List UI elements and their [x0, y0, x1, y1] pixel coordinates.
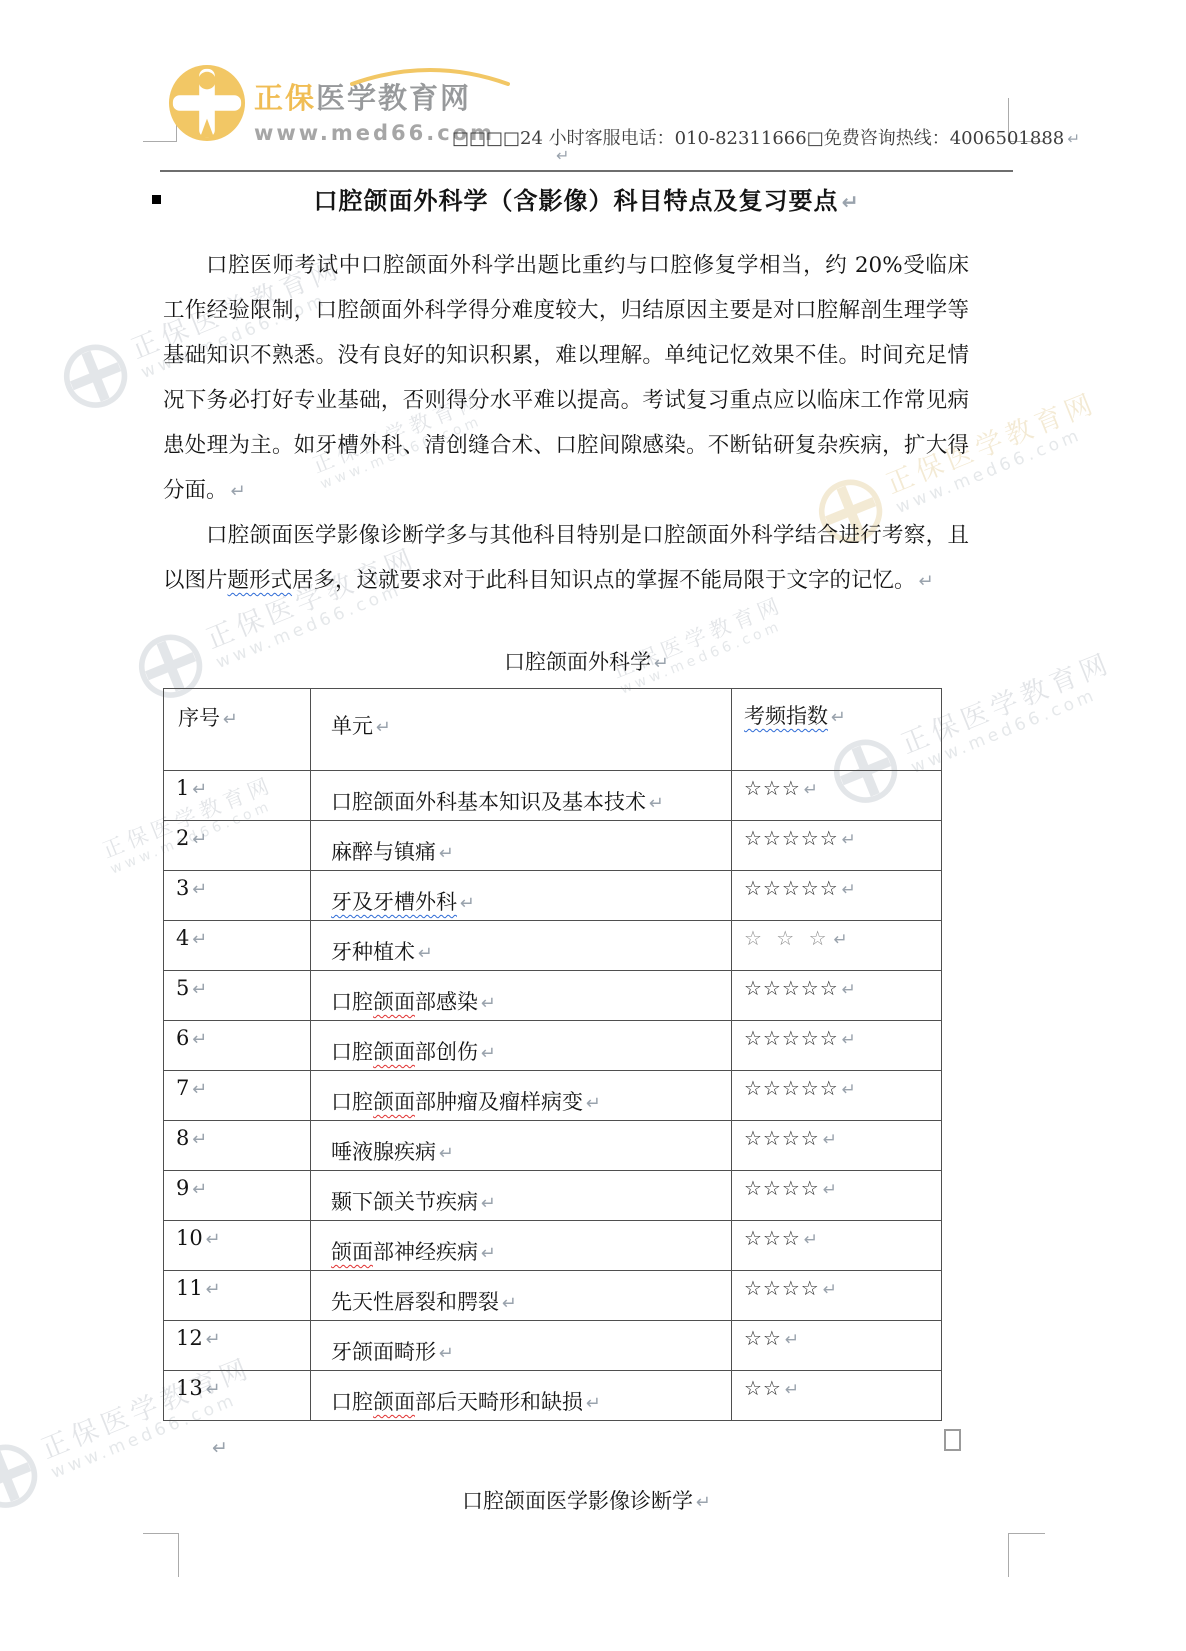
second-table-caption-text: 口腔颌面医学影像诊断学: [462, 1489, 693, 1513]
cell-text: 6: [176, 1026, 189, 1050]
col-header-unit: 单元↵: [311, 689, 732, 771]
cell-number: 4↵: [164, 921, 311, 971]
watermark-logo-icon: [0, 1435, 47, 1518]
paragraph-mark: ↵: [192, 1079, 207, 1100]
cell-unit: 牙种植术↵: [311, 921, 732, 971]
cell-text: 部肿瘤及瘤样病变: [415, 1090, 583, 1114]
cell-text: 5: [176, 976, 189, 1000]
paragraph-mark: ↵: [192, 1129, 207, 1150]
paragraph-mark: ↵: [192, 779, 207, 800]
paragraph-mark: ↵: [823, 1180, 838, 1200]
star-rating: ☆☆☆☆: [744, 1276, 820, 1300]
paragraph-mark: ↵: [785, 1330, 800, 1350]
margin-mark-bottom-left: [143, 1533, 179, 1577]
col-header-text: 单元: [331, 714, 373, 738]
document-page: 正保医学教育网www.med66.com 正保医学教育网www.med66.co…: [0, 0, 1186, 1651]
cell-star-rating: ☆☆☆☆☆↵: [732, 821, 942, 871]
table-row: 4↵ 牙种植术↵ ☆ ☆ ☆↵: [164, 921, 942, 971]
cell-text: 部后天畸形和缺损: [415, 1390, 583, 1414]
paragraph-mark: ↵: [842, 1030, 857, 1050]
star-rating: ☆☆☆☆☆: [744, 876, 839, 900]
star-rating: ☆☆☆☆: [744, 1176, 820, 1200]
cell-unit: 唾液腺疾病↵: [311, 1121, 732, 1171]
paragraph-mark: ↵: [804, 1230, 819, 1250]
paragraph-mark: ↵: [834, 930, 849, 950]
cell-star-rating: ☆☆☆☆☆↵: [732, 1021, 942, 1071]
cell-unit: 口腔颌面部后天畸形和缺损↵: [311, 1371, 732, 1421]
paragraph-mark: ↵: [192, 829, 207, 850]
paragraph-mark: ↵: [223, 709, 238, 730]
paragraph-mark: ↵: [823, 1280, 838, 1300]
cell-number: 7↵: [164, 1071, 311, 1121]
cell-text: 9: [176, 1176, 189, 1200]
cell-text: 部神经疾病: [373, 1240, 478, 1264]
cell-number: 1↵: [164, 771, 311, 821]
table-row: 11↵ 先天性唇裂和腭裂↵ ☆☆☆☆↵: [164, 1271, 942, 1321]
star-rating: ☆ ☆ ☆: [744, 926, 831, 950]
body-paragraph-1: 口腔医师考试中口腔颌面外科学出题比重约与口腔修复学相当，约 20%受临床工作经验…: [163, 243, 969, 514]
col-header-text: 序号: [178, 706, 220, 730]
paragraph-mark: ↵: [418, 943, 433, 964]
cell-star-rating: ☆☆☆☆↵: [732, 1121, 942, 1171]
paragraph-mark: ↵: [785, 1380, 800, 1400]
paragraph-mark: ↵: [439, 1143, 454, 1164]
col-header-number: 序号↵: [164, 689, 311, 771]
paragraph-mark: ↵: [192, 979, 207, 1000]
cell-text: 部感染: [415, 990, 478, 1014]
paragraph-mark: ↵: [439, 843, 454, 864]
cell-text: 先天性唇裂和腭裂: [331, 1290, 499, 1314]
paragraph-mark: ↵: [804, 780, 819, 800]
cell-text: 口腔颌面外科基本知识及基本技术: [331, 790, 646, 814]
table-row: 3↵ 牙及牙槽外科↵ ☆☆☆☆☆↵: [164, 871, 942, 921]
star-rating: ☆☆☆☆: [744, 1126, 820, 1150]
cell-number: 12↵: [164, 1321, 311, 1371]
cell-text: 2: [176, 826, 189, 850]
page-title-text: 口腔颌面外科学（含影像）科目特点及复习要点: [313, 186, 838, 215]
cell-number: 9↵: [164, 1171, 311, 1221]
table-row: 12↵ 牙颌面畸形↵ ☆☆↵: [164, 1321, 942, 1371]
table-row: 1↵ 口腔颌面外科基本知识及基本技术↵ ☆☆☆↵: [164, 771, 942, 821]
paragraph-mark: ↵: [231, 481, 246, 502]
paragraph-mark: ↵: [502, 1293, 517, 1314]
table-row: 13↵ 口腔颌面部后天畸形和缺损↵ ☆☆↵: [164, 1371, 942, 1421]
cell-text: 4: [176, 926, 189, 950]
paragraph-mark: ↵: [586, 1393, 601, 1414]
cell-unit: 口腔颌面部感染↵: [311, 971, 732, 1021]
cell-text: 10: [176, 1226, 203, 1250]
cell-text: 12: [176, 1326, 203, 1350]
cell-number: 3↵: [164, 871, 311, 921]
cell-star-rating: ☆☆☆↵: [732, 1221, 942, 1271]
brand-name-secondary: 医学教育网: [316, 81, 471, 115]
cell-text: 颞下颌关节疾病: [331, 1190, 478, 1214]
paragraph-mark: ↵: [439, 1343, 454, 1364]
cell-text: 11: [176, 1276, 203, 1300]
table-resize-handle[interactable]: [944, 1429, 961, 1451]
cell-number: 8↵: [164, 1121, 311, 1171]
cell-star-rating: ☆☆☆☆☆↵: [732, 871, 942, 921]
brand-name-primary: 正保: [254, 81, 316, 115]
cell-star-rating: ☆☆☆☆↵: [732, 1271, 942, 1321]
table-row: 2↵ 麻醉与镇痛↵ ☆☆☆☆☆↵: [164, 821, 942, 871]
cell-text: 8: [176, 1126, 189, 1150]
cell-number: 5↵: [164, 971, 311, 1021]
cell-number: 2↵: [164, 821, 311, 871]
cell-star-rating: ☆☆☆↵: [732, 771, 942, 821]
cell-star-rating: ☆☆↵: [732, 1371, 942, 1421]
paragraph-mark: ↵: [206, 1379, 221, 1400]
paragraph-mark: ↵: [481, 1193, 496, 1214]
paragraph-text: 居多，这就要求对于此科目知识点的掌握不能局限于文字的记忆。: [292, 568, 916, 593]
paragraph-mark: ↵: [649, 793, 664, 814]
star-rating: ☆☆☆☆☆: [744, 826, 839, 850]
cell-star-rating: ☆☆☆☆☆↵: [732, 1071, 942, 1121]
star-rating: ☆☆: [744, 1376, 782, 1400]
cell-unit: 口腔颌面部创伤↵: [311, 1021, 732, 1071]
paragraph-mark: ↵: [192, 879, 207, 900]
paragraph-mark: ↵: [831, 707, 846, 728]
frequency-index-table: 序号↵ 单元↵ 考频指数↵ 1↵ 口腔颌面外科基本知识及基本技术↵ ☆☆☆↵ 2…: [163, 688, 942, 1421]
cell-text: 13: [176, 1376, 203, 1400]
cell-unit: 颌面部神经疾病↵: [311, 1221, 732, 1271]
star-rating: ☆☆☆☆☆: [744, 1026, 839, 1050]
second-table-caption: 口腔颌面医学影像诊断学↵: [160, 1485, 1013, 1515]
star-rating: ☆☆: [744, 1326, 782, 1350]
cell-text: 口腔: [331, 1040, 373, 1064]
spellcheck-flagged-text: 颌面: [373, 990, 415, 1014]
cell-unit: 麻醉与镇痛↵: [311, 821, 732, 871]
page-title: 口腔颌面外科学（含影像）科目特点及复习要点↵: [160, 181, 1013, 216]
spellcheck-flagged-text: 题形式: [228, 568, 293, 593]
body-paragraph-2: 口腔颌面医学影像诊断学多与其他科目特别是口腔颌面外科学结合进行考察，且以图片题形…: [163, 513, 969, 604]
cell-unit: 牙及牙槽外科↵: [311, 871, 732, 921]
cell-unit: 先天性唇裂和腭裂↵: [311, 1271, 732, 1321]
paragraph-mark: ↵: [481, 1043, 496, 1064]
cell-star-rating: ☆ ☆ ☆↵: [732, 921, 942, 971]
paragraph-mark: ↵: [460, 893, 475, 914]
spellcheck-flagged-text: 颌面: [373, 1090, 415, 1114]
paragraph-mark: ↵: [192, 1029, 207, 1050]
table-row: 7↵ 口腔颌面部肿瘤及瘤样病变↵ ☆☆☆☆☆↵: [164, 1071, 942, 1121]
table-header-row: 序号↵ 单元↵ 考频指数↵: [164, 689, 942, 771]
paragraph-mark: ↵: [481, 1243, 496, 1264]
cell-unit: 牙颌面畸形↵: [311, 1321, 732, 1371]
col-header-text: 考频指数: [744, 704, 828, 728]
paragraph-mark: ↵: [842, 830, 857, 850]
table-caption: 口腔颌面外科学↵: [160, 646, 1013, 676]
header-contact-line: □□□□24 小时客服电话：010-82311666□免费咨询热线：400650…: [452, 124, 1080, 150]
cell-text: 麻醉与镇痛: [331, 840, 436, 864]
cell-number: 13↵: [164, 1371, 311, 1421]
spellcheck-flagged-text: 牙及牙槽外科: [331, 890, 457, 914]
table-row: 9↵ 颞下颌关节疾病↵ ☆☆☆☆↵: [164, 1171, 942, 1221]
paragraph-mark: ↵: [206, 1229, 221, 1250]
table-row: 10↵ 颌面部神经疾病↵ ☆☆☆↵: [164, 1221, 942, 1271]
paragraph-mark: ↵: [556, 146, 569, 165]
cell-text: 7: [176, 1076, 189, 1100]
paragraph-mark: ↵: [1067, 130, 1080, 148]
brand-arc-decoration: [350, 64, 510, 86]
table-row: 6↵ 口腔颌面部创伤↵ ☆☆☆☆☆↵: [164, 1021, 942, 1071]
watermark-logo-icon: [54, 335, 137, 418]
table-row: 5↵ 口腔颌面部感染↵ ☆☆☆☆☆↵: [164, 971, 942, 1021]
paragraph-mark: ↵: [654, 653, 669, 674]
cell-number: 6↵: [164, 1021, 311, 1071]
cell-text: 1: [176, 776, 189, 800]
star-rating: ☆☆☆☆☆: [744, 1076, 839, 1100]
paragraph-mark: ↵: [206, 1279, 221, 1300]
cell-star-rating: ☆☆☆☆↵: [732, 1171, 942, 1221]
cell-unit: 口腔颌面部肿瘤及瘤样病变↵: [311, 1071, 732, 1121]
margin-mark-bottom-right: [1008, 1533, 1045, 1577]
spellcheck-flagged-text: 颌面: [373, 1040, 415, 1064]
paragraph-mark: ↵: [919, 571, 934, 592]
table-caption-text: 口腔颌面外科学: [504, 650, 651, 674]
paragraph-mark: ↵: [192, 929, 207, 950]
med66-logo-icon: [168, 64, 246, 142]
cell-text: 部创伤: [415, 1040, 478, 1064]
paragraph-mark: ↵: [206, 1329, 221, 1350]
cell-text: 口腔: [331, 1390, 373, 1414]
cell-text: 口腔: [331, 990, 373, 1014]
cell-number: 11↵: [164, 1271, 311, 1321]
header-divider: [160, 170, 1013, 172]
cell-text: 牙颌面畸形: [331, 1340, 436, 1364]
star-rating: ☆☆☆: [744, 776, 801, 800]
paragraph-mark: ↵: [481, 993, 496, 1014]
cell-text: 3: [176, 876, 189, 900]
cell-number: 10↵: [164, 1221, 311, 1271]
star-rating: ☆☆☆☆☆: [744, 976, 839, 1000]
paragraph-mark: ↵: [842, 880, 857, 900]
spellcheck-flagged-text: 颌面: [331, 1240, 373, 1264]
paragraph-mark: ↵: [842, 980, 857, 1000]
contact-text: □□□□24 小时客服电话：010-82311666□免费咨询热线：400650…: [452, 128, 1064, 149]
paragraph-mark: ↵: [823, 1130, 838, 1150]
paragraph-mark: ↵: [696, 1492, 711, 1513]
cell-unit: 颞下颌关节疾病↵: [311, 1171, 732, 1221]
paragraph-mark: ↵: [376, 717, 391, 738]
paragraph-mark: ↵: [212, 1437, 228, 1459]
col-header-frequency: 考频指数↵: [732, 689, 942, 771]
cell-text: 牙种植术: [331, 940, 415, 964]
spellcheck-flagged-text: 颌面: [373, 1390, 415, 1414]
star-rating: ☆☆☆: [744, 1226, 801, 1250]
paragraph-mark: ↵: [586, 1093, 601, 1114]
cell-unit: 口腔颌面外科基本知识及基本技术↵: [311, 771, 732, 821]
paragraph-mark: ↵: [841, 190, 859, 214]
paragraph-mark: ↵: [842, 1080, 857, 1100]
cell-text: 唾液腺疾病: [331, 1140, 436, 1164]
paragraph-mark: ↵: [192, 1179, 207, 1200]
cell-text: 口腔: [331, 1090, 373, 1114]
paragraph-text: 口腔医师考试中口腔颌面外科学出题比重约与口腔修复学相当，约 20%受临床工作经验…: [163, 253, 969, 503]
cell-star-rating: ☆☆☆☆☆↵: [732, 971, 942, 1021]
cell-star-rating: ☆☆↵: [732, 1321, 942, 1371]
table-row: 8↵ 唾液腺疾病↵ ☆☆☆☆↵: [164, 1121, 942, 1171]
